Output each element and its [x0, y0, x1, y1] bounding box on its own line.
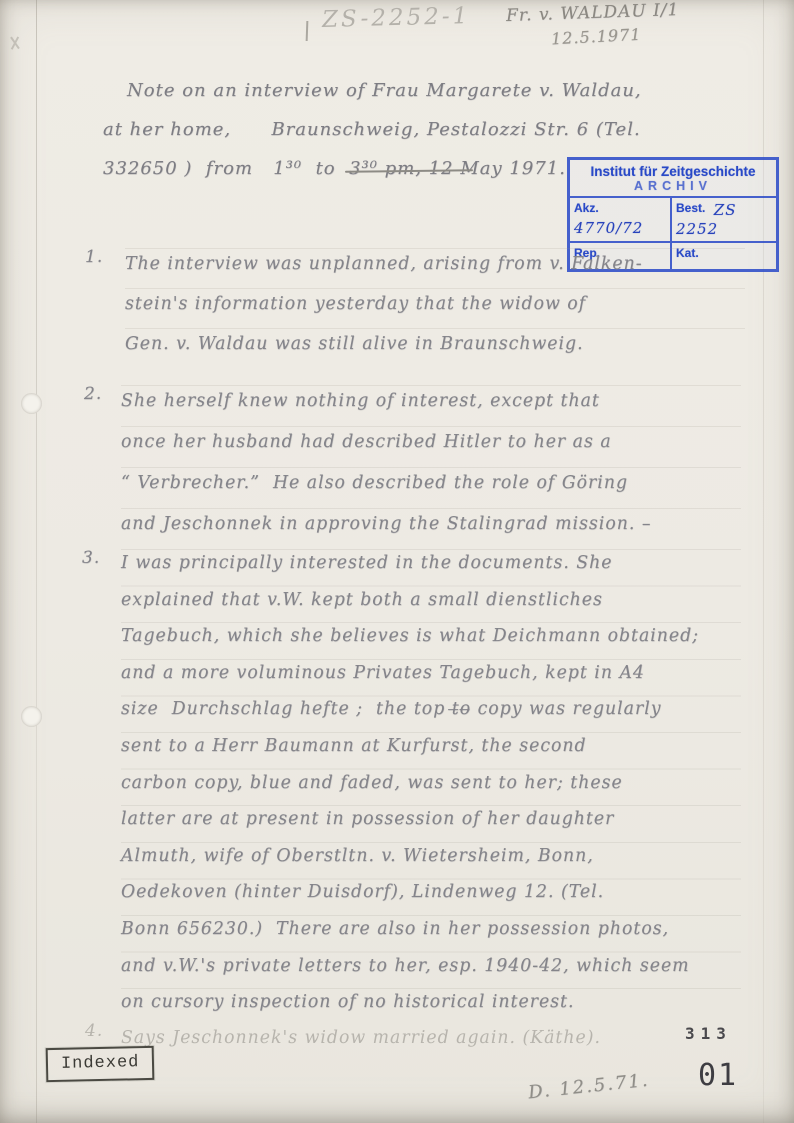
- paragraph-2-number: 2.: [84, 384, 102, 404]
- punch-hole: [21, 706, 42, 727]
- handwritten-line: size Durchschlag hefte ; the top t̶o̶ co…: [121, 691, 741, 728]
- paragraph-4-text: Says Jeschonnek's widow married again. (…: [121, 1019, 741, 1057]
- paper-fold-line-left: [36, 0, 37, 1123]
- folio-number: 01: [698, 1058, 738, 1093]
- handwritten-line: and Jeschonnek in approving the Stalingr…: [121, 504, 741, 545]
- paragraph-1-number: 1.: [85, 247, 103, 267]
- indexed-stamp: Indexed: [46, 1046, 155, 1082]
- scanned-document-page: ZS-2252-1 Fr. v. WALDAU I/1 12.5.1971 No…: [0, 0, 794, 1123]
- page-number-stamp: 313: [685, 1024, 732, 1043]
- signature-initials: D. 12.5.71.: [527, 1070, 650, 1104]
- handwritten-line: and a more voluminous Privates Tagebuch,…: [121, 655, 741, 692]
- handwritten-line: Note on an interview of Frau Margarete v…: [103, 71, 713, 110]
- handwritten-line: carbon copy, blue and faded, was sent to…: [121, 765, 741, 802]
- handwritten-line: Tagebuch, which she believes is what Dei…: [121, 618, 741, 655]
- pencil-tick-mark: [306, 21, 309, 41]
- paragraph-2-text: She herself knew nothing of interest, ex…: [121, 381, 741, 545]
- file-reference-annotation: Fr. v. WALDAU I/1: [506, 0, 680, 26]
- catalog-number-annotation: ZS-2252-1: [322, 3, 471, 33]
- handwritten-line: at her home, Braunschweig, Pestalozzi St…: [103, 110, 713, 149]
- paragraph-3-text: I was principally interested in the docu…: [121, 545, 741, 1021]
- handwritten-line: “ Verbrecher.” He also described the rol…: [121, 463, 741, 504]
- paragraph-3-number: 3.: [82, 548, 100, 568]
- handwritten-line: Almuth, wife of Oberstltn. v. Wietershei…: [121, 838, 741, 875]
- stamp-akz-value: 4770/72: [574, 219, 643, 237]
- handwritten-line: once her husband had described Hitler to…: [121, 422, 741, 463]
- punch-hole: [21, 393, 42, 414]
- handwritten-line: stein's information yesterday that the w…: [125, 284, 745, 324]
- handwritten-line: Bonn 656230.) There are also in her poss…: [121, 911, 741, 948]
- paragraph-4-number: 4.: [85, 1021, 103, 1041]
- handwritten-line: and v.W.'s private letters to her, esp. …: [121, 948, 741, 985]
- handwritten-line: Oedekoven (hinter Duisdorf), Lindenweg 1…: [121, 874, 741, 911]
- handwritten-line: Gen. v. Waldau was still alive in Brauns…: [125, 324, 745, 364]
- stamp-department: ARCHIV: [570, 179, 776, 196]
- handwritten-line: She herself knew nothing of interest, ex…: [121, 381, 741, 422]
- handwritten-line: sent to a Herr Baumann at Kurfurst, the …: [121, 728, 741, 765]
- stamp-institution: Institut für Zeitgeschichte: [570, 160, 776, 179]
- pencil-scribble: [8, 36, 22, 52]
- handwritten-line: latter are at present in possession of h…: [121, 801, 741, 838]
- handwritten-line: I was principally interested in the docu…: [121, 545, 741, 582]
- paragraph-1-text: The interview was unplanned, arising fro…: [125, 244, 745, 364]
- annotation-date: 12.5.1971: [551, 25, 642, 49]
- handwritten-line: explained that v.W. kept both a small di…: [121, 582, 741, 619]
- stamp-akz-label: Akz.: [574, 201, 599, 215]
- stamp-field-best: Best. ZS 2252: [670, 196, 776, 241]
- handwritten-line: Says Jeschonnek's widow married again. (…: [121, 1019, 741, 1057]
- stamp-best-label: Best.: [676, 201, 705, 215]
- handwritten-line: The interview was unplanned, arising fro…: [125, 244, 745, 284]
- stamp-field-akz: Akz. 4770/72: [570, 196, 670, 241]
- handwritten-line: on cursory inspection of no historical i…: [121, 984, 741, 1021]
